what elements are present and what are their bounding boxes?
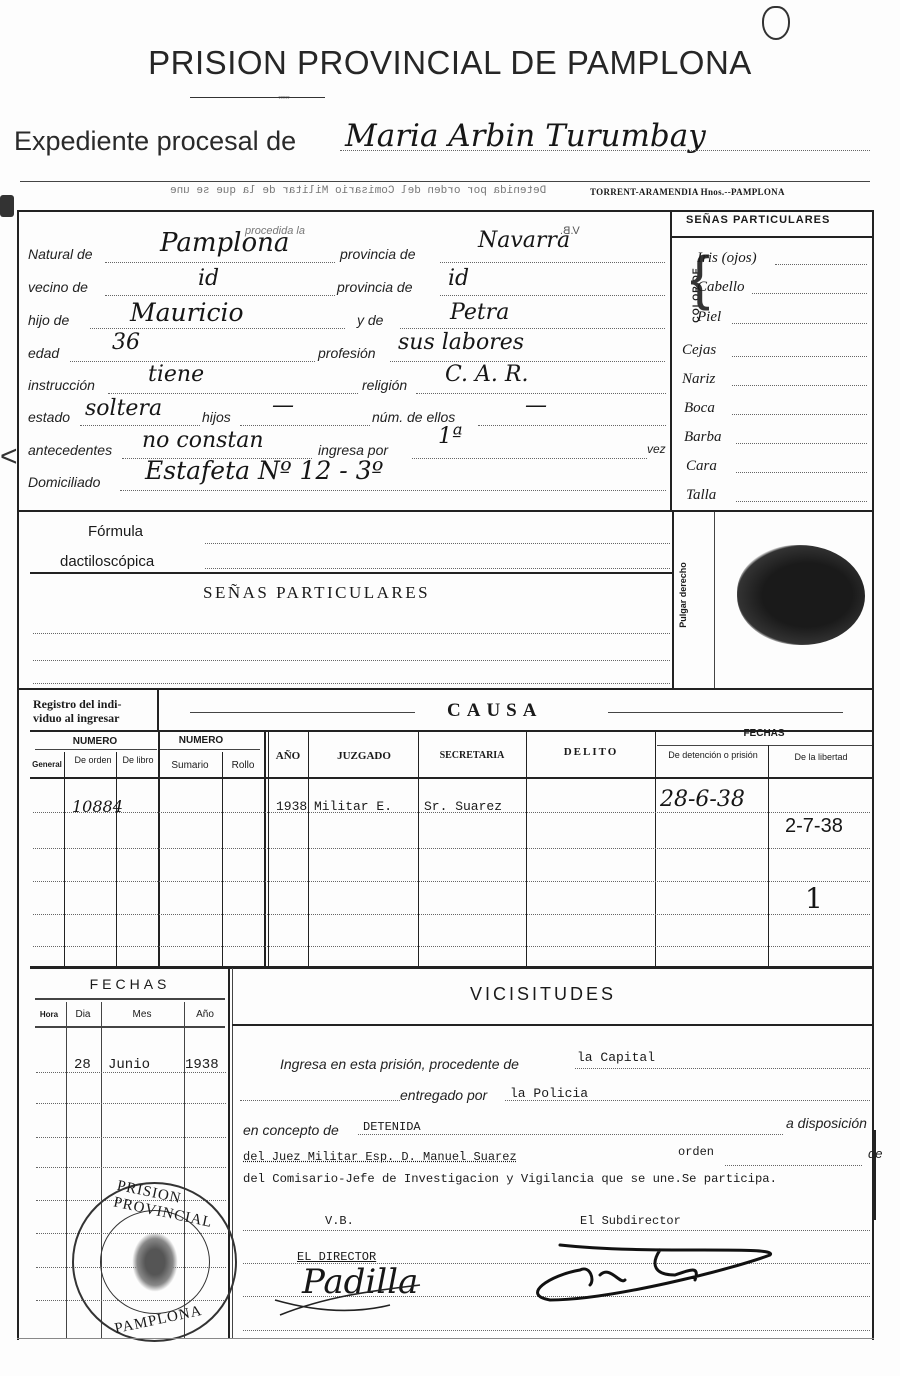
col-detencion: De detención o prisión <box>658 750 768 760</box>
cell-secretaria: Sr. Suarez <box>424 799 502 814</box>
subdirector-signature <box>530 1230 790 1310</box>
fechas-title: FECHAS <box>35 976 225 992</box>
cell-ano: 1938 <box>276 799 307 814</box>
field-line <box>400 328 665 329</box>
col-hora: Hora <box>33 1010 65 1019</box>
formula-label-1: Fórmula <box>88 523 143 540</box>
sena-boca: Boca <box>684 400 715 417</box>
col-line <box>116 752 117 967</box>
field-line <box>440 295 665 296</box>
sena-iris: Iris (ojos) <box>697 250 757 267</box>
senas-box-title: SEÑAS PARTICULARES <box>686 214 830 226</box>
hijo-label: hijo de <box>28 312 69 328</box>
sub-rule <box>35 749 157 750</box>
field-line <box>412 458 647 459</box>
field-line <box>358 1134 783 1135</box>
profesion-value: sus labores <box>398 330 524 355</box>
antecedentes-value: no constan <box>142 428 264 453</box>
field-line <box>732 385 867 386</box>
field-line <box>108 393 358 394</box>
field-line <box>732 356 867 357</box>
cell-detencion: 28-6-38 <box>660 787 745 812</box>
frame-left <box>17 210 19 1340</box>
col-delito: DELITO <box>532 746 650 758</box>
senas-line <box>33 660 670 661</box>
field-line <box>736 443 867 444</box>
fechas-header-rule <box>35 1026 225 1028</box>
field-line <box>90 328 345 329</box>
mirrored-bleedthrough: Detenida por orden del Comisario Militar… <box>170 185 546 197</box>
numero-2-header: NUMERO <box>160 735 242 746</box>
director-signature-flourish <box>270 1280 430 1320</box>
section-rule <box>17 510 874 512</box>
hijos-value: — <box>272 393 294 418</box>
cell-dia: 28 <box>74 1057 91 1073</box>
corner-mark <box>762 6 790 40</box>
fechas-header: FECHAS <box>656 728 872 739</box>
divider <box>20 181 870 182</box>
field-line <box>243 1330 870 1331</box>
field-line <box>732 323 867 324</box>
edad-value: 36 <box>112 330 140 355</box>
fechas-rule <box>35 998 225 1000</box>
sena-cara: Cara <box>686 458 717 475</box>
causa-rule-left <box>190 712 415 713</box>
provincia-label: provincia de <box>340 246 416 262</box>
entregado-value: la Policia <box>510 1086 588 1101</box>
prison-stamp: PRISION PROVINCIAL PAMPLONA <box>72 1182 237 1342</box>
sena-piel: Piel <box>697 309 721 326</box>
dactilo-rule <box>30 572 672 574</box>
vecino-label: vecino de <box>28 279 88 295</box>
document-title: PRISION PROVINCIAL DE PAMPLONA <box>0 44 900 82</box>
col-dia: Dia <box>66 1009 100 1020</box>
antecedentes-label: antecedentes <box>28 442 112 458</box>
field-line <box>725 1165 862 1166</box>
margin-mark <box>0 195 14 217</box>
madre-value: Petra <box>450 300 509 325</box>
col-ano: AÑO <box>268 750 308 762</box>
col-line <box>64 752 65 967</box>
hijo-value: Mauricio <box>130 298 244 327</box>
profesion-label: profesión <box>318 345 376 361</box>
provincia2-value: id <box>448 266 469 291</box>
row-line <box>36 1103 226 1104</box>
col-rollo: Rollo <box>222 760 264 771</box>
ingresa-value: 1ª <box>438 424 462 449</box>
field-line <box>240 1100 400 1101</box>
col-line <box>768 745 769 967</box>
row-line <box>33 848 870 849</box>
sena-cejas: Cejas <box>682 342 716 359</box>
col-mes: Mes <box>102 1009 182 1020</box>
cell-mes: Junio <box>108 1057 150 1073</box>
cell-libertad: 2-7-38 <box>785 815 843 838</box>
header-bottom-rule <box>30 777 872 779</box>
subdirector-label: El Subdirector <box>580 1214 681 1228</box>
formula-line <box>205 543 670 544</box>
field-line <box>752 293 867 294</box>
cell-de-orden: 10884 <box>72 797 123 816</box>
field-line <box>732 414 867 415</box>
vicisitudes-title: VICISITUDES <box>470 984 616 1005</box>
col-line <box>222 752 223 967</box>
col-line <box>66 1002 67 1338</box>
procedente-label: Ingresa en esta prisión, procedente de <box>280 1056 519 1072</box>
num-hijos-value: — <box>525 393 547 418</box>
field-line <box>478 425 666 426</box>
section-rule <box>30 966 874 969</box>
madre-label: y de <box>357 312 383 328</box>
natural-label: Natural de <box>28 246 93 262</box>
handwritten-mark: 1 <box>805 882 823 915</box>
hijos-label: hijos <box>202 409 231 425</box>
senas-box-rule <box>672 236 872 238</box>
causa-title: CAUSA <box>447 700 542 722</box>
eagle-emblem-icon <box>132 1232 178 1292</box>
formula-line <box>205 568 670 569</box>
col-secretaria: SECRETARIA <box>418 750 526 761</box>
vez-label: vez <box>647 442 666 456</box>
field-line <box>505 1100 870 1101</box>
thumb-divider <box>672 512 674 688</box>
thumb-divider-2 <box>714 512 715 688</box>
col-de-orden: De orden <box>70 755 116 765</box>
title-ornament <box>190 97 325 98</box>
field-line <box>240 425 370 426</box>
col-ano-fechas: Año <box>186 1009 224 1020</box>
vicisitudes-rule <box>232 1024 872 1026</box>
concepto-value: DETENIDA <box>363 1120 421 1134</box>
col-de-libro: De libro <box>118 755 158 765</box>
num-hijos-label: núm. de ellos <box>372 409 455 425</box>
orden-label: orden <box>678 1145 714 1159</box>
cell-juzgado: Militar E. <box>314 799 392 814</box>
field-line <box>120 490 666 491</box>
field-line <box>105 262 335 263</box>
estado-value: soltera <box>85 396 162 421</box>
expediente-line <box>340 150 870 151</box>
concepto-label: en concepto de <box>243 1122 339 1138</box>
vb-label: V.B. <box>325 1214 354 1228</box>
domicilio-label: Domiciliado <box>28 474 100 490</box>
row-line <box>33 946 870 947</box>
margin-mark: < <box>0 440 18 474</box>
sena-nariz: Nariz <box>682 371 715 388</box>
provincia2-label: provincia de <box>337 279 413 295</box>
frame-bottom <box>17 1338 874 1339</box>
field-line <box>440 262 665 263</box>
field-line <box>105 295 335 296</box>
edad-label: edad <box>28 345 59 361</box>
religion-label: religión <box>362 377 407 393</box>
provincia-value: Navarra <box>478 228 570 253</box>
procedente-value: la Capital <box>577 1050 655 1065</box>
senas-line <box>33 633 670 634</box>
section-rule <box>17 688 874 690</box>
instruccion-value: tiene <box>148 362 204 387</box>
col-juzgado: JUZGADO <box>310 750 418 762</box>
fechas-rule <box>657 745 872 746</box>
registro-title: Registro del indi- viduo al ingresar <box>33 697 121 725</box>
registro-divider <box>157 690 159 732</box>
row-line <box>33 914 870 915</box>
estado-label: estado <box>28 409 70 425</box>
juez-line: del Juez Militar Esp. D. Manuel Suarez <box>243 1150 517 1164</box>
ornament-beads: ◦◦◦◦◦ <box>278 92 289 102</box>
col-general: General <box>30 760 64 769</box>
religion-value: C. A. R. <box>445 362 528 387</box>
disposicion-label: a disposición <box>786 1115 867 1131</box>
field-line <box>775 264 867 265</box>
causa-rule-right <box>608 712 843 713</box>
cell-ano-fecha: 1938 <box>185 1057 219 1073</box>
vecino-value: id <box>198 266 219 291</box>
col-sumario: Sumario <box>160 760 220 771</box>
printer-credit: TORRENT-ARAMENDIA Hnos.--PAMPLONA <box>590 187 785 197</box>
sub-rule <box>160 749 260 750</box>
field-line <box>80 425 200 426</box>
thumbprint <box>737 545 865 645</box>
sena-barba: Barba <box>684 429 722 446</box>
row-line <box>36 1072 226 1073</box>
entregado-label: entregado por <box>400 1087 487 1103</box>
natural-value: Pamplona <box>160 228 289 258</box>
expediente-name: Maria Arbin Turumbay <box>345 118 865 154</box>
field-line <box>736 501 867 502</box>
formula-label-2: dactiloscópica <box>60 553 154 570</box>
pulgar-label: Pulgar derecho <box>678 562 688 628</box>
field-line <box>736 472 867 473</box>
numero-1-header: NUMERO <box>35 736 155 747</box>
instruccion-label: instrucción <box>28 377 95 393</box>
senas-box-divider <box>670 210 672 510</box>
sena-cabello: Cabello <box>697 279 745 296</box>
domicilio-value: Estafeta Nº 12 - 3º <box>145 456 383 485</box>
row-line <box>36 1137 226 1138</box>
registro-title-1: Registro del indi- <box>33 697 121 711</box>
col-libertad: De la libertad <box>770 752 872 762</box>
field-line <box>575 1068 870 1069</box>
sena-talla: Talla <box>686 487 716 504</box>
frame-right-heavy <box>872 1130 876 1220</box>
expediente-label: Expediente procesal de <box>14 126 296 157</box>
frame-top <box>17 210 874 212</box>
registro-title-2: viduo al ingresar <box>33 711 121 725</box>
row-line <box>36 1167 226 1168</box>
comisario-line: del Comisario-Jefe de Investigacion y Vi… <box>243 1172 777 1186</box>
senas-particulares-title: SEÑAS PARTICULARES <box>203 583 430 603</box>
row-line <box>33 881 870 882</box>
senas-line <box>33 683 670 684</box>
